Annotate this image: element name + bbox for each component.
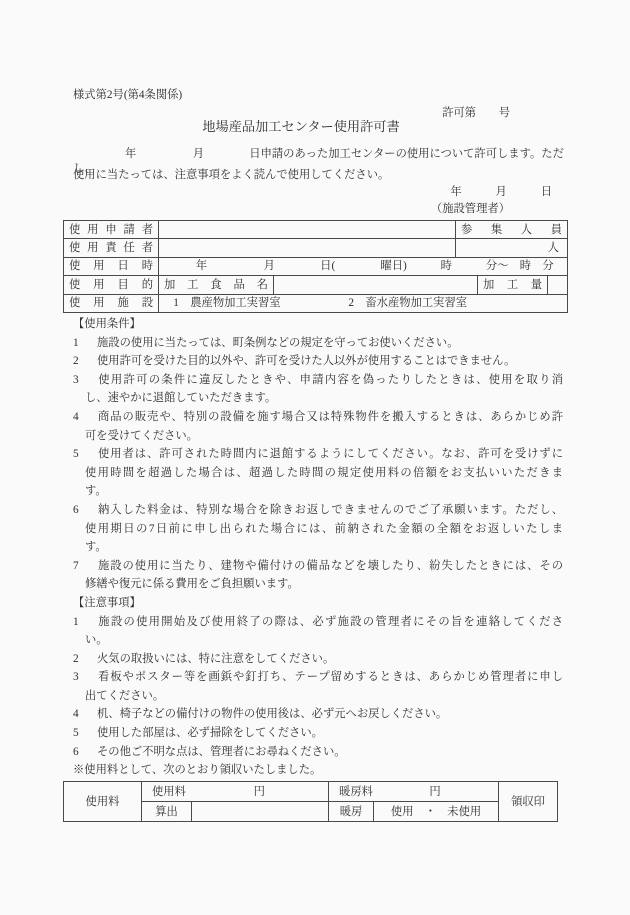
person-unit: 人 bbox=[456, 239, 568, 257]
list-line: 4商品の販売や、特別の設備を施す場合又は特殊物件を搬入するときは、あらかじめ許 bbox=[73, 408, 563, 427]
item-text: 机、椅子などの備付けの物件の使用後は、必ず元へお戻しください。 bbox=[97, 708, 447, 720]
list-line: 出てください。 bbox=[73, 687, 563, 706]
list-line: 5使用者は、許可された時間内に退館するようにしてください。なお、許可を受けずに bbox=[73, 445, 563, 464]
item-number: 1 bbox=[73, 613, 97, 632]
list-line: 6納入した料金は、特別な場合を除きお返しできませんのでご了承願います。ただし、 bbox=[73, 501, 563, 520]
list-line: す。 bbox=[73, 482, 563, 501]
item-text: 施設の使用に当たっては、町条例などの規定を守ってお使いください。 bbox=[97, 337, 459, 349]
receipt-note: ※使用料として、次のとおり領収いたしました。 bbox=[73, 761, 563, 780]
list-line: 3看板やポスター等を画鋲や釘打ち、テープ留めするときは、あらかじめ管理者に申し bbox=[73, 668, 563, 687]
notes-list: 1施設の使用開始及び使用終了の際は、必ず施設の管理者にその旨を連絡してください。… bbox=[73, 613, 563, 762]
receipt-stamp-label: 領収印 bbox=[499, 782, 558, 822]
row-purpose: 使用目的 加工食品名 加工量 bbox=[64, 276, 568, 294]
item-text: 火気の取扱いには、特に注意をしてください。 bbox=[97, 653, 334, 665]
row-datetime: 使用日時 年 月 日( 曜日) 時 分～ 時 分 bbox=[64, 257, 568, 275]
item-text: その他ご不明な点は、管理者にお尋ねください。 bbox=[97, 746, 346, 758]
responsible-label: 使用責任者 bbox=[64, 239, 159, 257]
intro-paragraph-line2: 使用に当たっては、注意事項をよく読んで使用してください。 bbox=[73, 168, 573, 183]
item-text: 商品の販売や、特別の設備を施す場合又は特殊物件を搬入するときは、あらかじめ許 bbox=[97, 411, 563, 423]
list-line: 1施設の使用開始及び使用終了の際は、必ず施設の管理者にその旨を連絡してくださ bbox=[73, 613, 563, 632]
row-responsible: 使用責任者 人 bbox=[64, 239, 568, 257]
facility-manager-line: （施設管理者） bbox=[0, 202, 510, 217]
calc-label: 算出 bbox=[142, 802, 192, 822]
list-line: 修繕や復元に係る費用をご負担願います。 bbox=[73, 575, 563, 594]
item-number: 3 bbox=[73, 668, 97, 687]
item-number: 4 bbox=[73, 408, 97, 427]
food-name-label: 加工食品名 bbox=[159, 276, 274, 294]
item-number: 2 bbox=[73, 352, 97, 371]
row-facility: 使用施設 1 農産物加工実習室 2 畜水産物加工実習室 bbox=[64, 294, 568, 312]
terms-text-block: 【使用条件】 1施設の使用に当たっては、町条例などの規定を守ってお使いください。… bbox=[73, 315, 563, 780]
responsible-value-blank bbox=[159, 239, 456, 257]
fee-row-1: 使用料 使用料 円 暖房料 円 領収印 bbox=[64, 782, 558, 802]
item-number: 6 bbox=[73, 743, 97, 762]
item-number: 3 bbox=[73, 371, 97, 390]
food-name-blank bbox=[274, 276, 478, 294]
row-applicant: 使用申請者 参集人員 bbox=[64, 221, 568, 239]
form-number: 様式第2号(第4条関係) bbox=[73, 88, 182, 103]
list-line: 6その他ご不明な点は、管理者にお尋ねください。 bbox=[73, 743, 563, 762]
list-line: 使用期日の7日前に申し出られた場合には、前納された金額の全額をお返しいたしま bbox=[73, 520, 563, 539]
heating-label: 暖房 bbox=[329, 802, 374, 822]
facility-value: 1 農産物加工実習室 2 畜水産物加工実習室 bbox=[159, 294, 568, 312]
usage-fee-cell: 使用料 円 bbox=[142, 782, 329, 802]
facility-label: 使用施設 bbox=[64, 294, 159, 312]
notes-heading: 【注意事項】 bbox=[73, 594, 563, 613]
list-line: 2火気の取扱いには、特に注意をしてください。 bbox=[73, 650, 563, 669]
list-line: い。 bbox=[73, 631, 563, 650]
item-text: 使用許可を受けた目的以外や、許可を受けた人以外が使用することはできません。 bbox=[97, 355, 515, 367]
heating-fee-cell: 暖房料 円 bbox=[329, 782, 499, 802]
item-number: 5 bbox=[73, 445, 97, 464]
item-number: 2 bbox=[73, 650, 97, 669]
purpose-label: 使用目的 bbox=[64, 276, 159, 294]
datetime-label: 使用日時 bbox=[64, 257, 159, 275]
list-line: 3使用許可の条件に違反したときや、申請内容を偽ったりしたときは、使用を取り消 bbox=[73, 371, 563, 390]
fee-label: 使用料 bbox=[64, 782, 142, 822]
quantity-blank bbox=[548, 276, 568, 294]
issue-date-line: 年 月 日 bbox=[0, 185, 552, 200]
applicant-value-blank bbox=[159, 221, 456, 239]
datetime-value: 年 月 日( 曜日) 時 分～ 時 分 bbox=[159, 257, 568, 275]
list-line: 1施設の使用に当たっては、町条例などの規定を守ってお使いください。 bbox=[73, 334, 563, 353]
item-number: 6 bbox=[73, 501, 97, 520]
item-text: 使用許可の条件に違反したときや、申請内容を偽ったりしたときは、使用を取り消 bbox=[97, 374, 563, 386]
document-title: 地場産品加工センター使用許可書 bbox=[0, 119, 602, 134]
fee-table: 使用料 使用料 円 暖房料 円 領収印 算出 暖房 使用 ・ 未使用 bbox=[63, 781, 558, 822]
attendees-label: 参集人員 bbox=[456, 221, 568, 239]
item-text: 使用者は、許可された時間内に退館するようにしてください。なお、許可を受けずに bbox=[97, 448, 563, 460]
item-text: 施設の使用に当たり、建物や備付けの備品などを壊したり、紛失したときには、その bbox=[97, 560, 563, 572]
list-line: 可を受けてください。 bbox=[73, 427, 563, 446]
calc-value-blank bbox=[192, 802, 329, 822]
item-number: 5 bbox=[73, 724, 97, 743]
heating-options: 使用 ・ 未使用 bbox=[374, 802, 499, 822]
item-text: 看板やポスター等を画鋲や釘打ち、テープ留めするときは、あらかじめ管理者に申し bbox=[97, 671, 563, 683]
list-line: 4机、椅子などの備付けの物件の使用後は、必ず元へお戻しください。 bbox=[73, 705, 563, 724]
item-number: 4 bbox=[73, 705, 97, 724]
item-text: 使用した部屋は、必ず掃除をしてください。 bbox=[97, 727, 323, 739]
item-text: 施設の使用開始及び使用終了の際は、必ず施設の管理者にその旨を連絡してくださ bbox=[97, 616, 563, 628]
applicant-label: 使用申請者 bbox=[64, 221, 159, 239]
list-line: 5使用した部屋は、必ず掃除をしてください。 bbox=[73, 724, 563, 743]
list-line: し、速やかに退館していただきます。 bbox=[73, 389, 563, 408]
item-number: 7 bbox=[73, 557, 97, 576]
conditions-heading: 【使用条件】 bbox=[73, 315, 563, 334]
list-line: 使用時間を超過した場合は、超過した時間の規定使用料の倍額をお支払いいただきま bbox=[73, 464, 563, 483]
list-line: す。 bbox=[73, 538, 563, 557]
conditions-list: 1施設の使用に当たっては、町条例などの規定を守ってお使いください。2使用許可を受… bbox=[73, 334, 563, 594]
item-text: 納入した料金は、特別な場合を除きお返しできませんのでご了承願います。ただし、 bbox=[97, 504, 563, 516]
quantity-label: 加工量 bbox=[478, 276, 548, 294]
list-line: 2使用許可を受けた目的以外や、許可を受けた人以外が使用することはできません。 bbox=[73, 352, 563, 371]
list-line: 7施設の使用に当たり、建物や備付けの備品などを壊したり、紛失したときには、その bbox=[73, 557, 563, 576]
usage-info-table: 使用申請者 参集人員 使用責任者 人 使用日時 年 月 日( 曜日) 時 分～ … bbox=[63, 220, 568, 313]
permit-document: 様式第2号(第4条関係) 許可第 号 地場産品加工センター使用許可書 年 月 日… bbox=[0, 0, 630, 915]
item-number: 1 bbox=[73, 334, 97, 353]
